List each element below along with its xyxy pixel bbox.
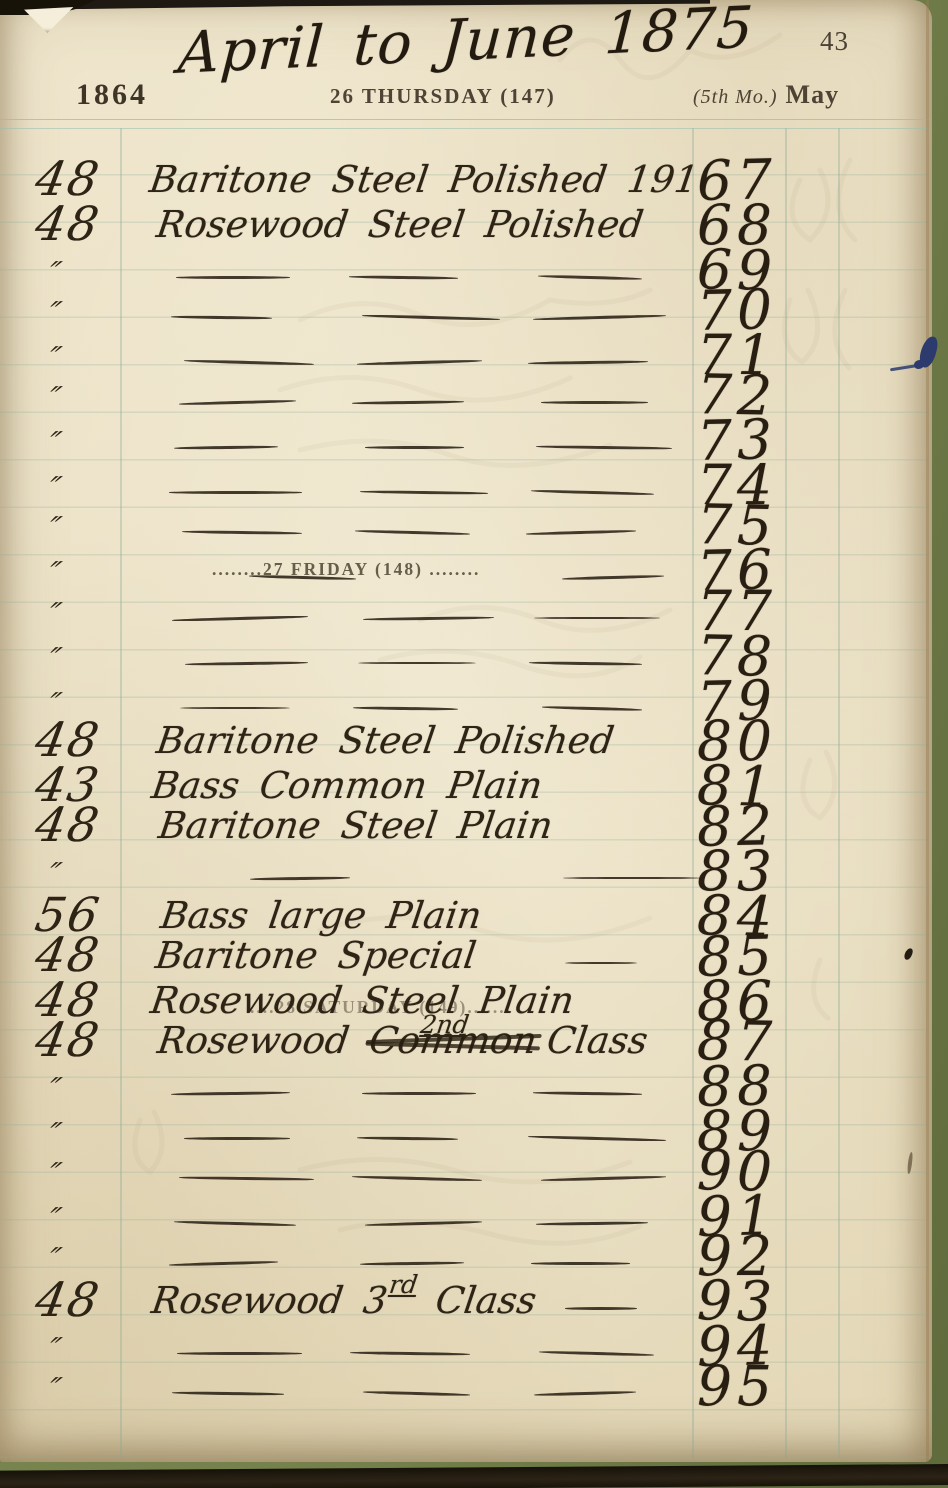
blank-dash (352, 400, 464, 404)
quantity: ″ (42, 381, 66, 416)
description: Baritone Steel Polished (154, 719, 617, 762)
blank-dash (536, 445, 672, 449)
quantity: ″ (42, 597, 66, 632)
description-text: Bass Common Plain (149, 764, 545, 807)
blank-dash (531, 490, 654, 496)
blank-dash (174, 1220, 296, 1226)
blank-dash (360, 1262, 464, 1266)
diary-scan: { "page_header": { "handwritten_title": … (0, 0, 948, 1488)
blank-dash (176, 276, 290, 279)
blank-dash (358, 662, 476, 665)
blank-dash (363, 616, 494, 620)
description-text: Baritone Steel Polished (154, 719, 617, 762)
blank-dash (179, 400, 296, 406)
blank-dash (365, 1221, 482, 1227)
blank-dash (177, 1352, 302, 1355)
blank-dash (172, 1392, 284, 1396)
quantity: ″ (42, 857, 66, 892)
blank-dash (180, 707, 290, 710)
quantity: ″ (42, 1242, 66, 1277)
ledger-page: 1864 26 THURSDAY (147) (5th Mo.)May 43 A… (0, 0, 932, 1462)
superscript-word: 2nd (419, 1010, 471, 1039)
description-text: Rosewood Steel Polished (154, 203, 646, 246)
quantity: ″ (42, 1372, 66, 1407)
binding-edge-bottom (0, 1464, 948, 1488)
blank-dash (172, 615, 308, 621)
blank-dash (536, 1221, 648, 1225)
blank-dash (249, 575, 356, 581)
description: Rosewood Steel Plain (148, 979, 577, 1022)
blank-dash (365, 446, 464, 449)
blank-dash (169, 491, 302, 494)
blank-dash (526, 530, 636, 536)
blank-dash (250, 876, 350, 880)
blank-dash (184, 1137, 290, 1140)
blank-dash (528, 1135, 666, 1141)
blank-dash (533, 1091, 642, 1095)
blank-dash (185, 661, 308, 665)
quantity: 48 (31, 1013, 105, 1068)
blank-dash (529, 661, 642, 665)
blank-dash (169, 1261, 278, 1267)
quantity: 48 (31, 1273, 105, 1328)
description: Rosewood Common2nd Class (155, 1019, 651, 1062)
description-text: Rosewood Steel Plain (148, 979, 577, 1022)
ledger-row: ″95 (0, 1362, 800, 1416)
blank-dash (355, 530, 470, 536)
blank-dash (542, 705, 642, 710)
quantity: ″ (42, 296, 66, 331)
blank-dash (362, 1092, 476, 1095)
blank-dash (541, 1175, 666, 1181)
blank-dash (350, 1352, 470, 1356)
description: Bass Common Plain (149, 764, 545, 807)
blank-dash (171, 315, 272, 319)
description-text: Rosewood (155, 1019, 373, 1062)
description-text: Bass large Plain (158, 894, 484, 937)
blank-dash (363, 1391, 470, 1397)
description-text: Class (524, 1019, 651, 1062)
blank-dash (565, 962, 637, 965)
quantity: ″ (42, 1072, 66, 1107)
blank-dash (362, 314, 500, 320)
blank-dash (531, 1262, 630, 1265)
description: Baritone Steel Plain (156, 804, 556, 847)
description-text: Rosewood 3 (149, 1279, 390, 1322)
blank-dash (565, 1307, 637, 1310)
superscript-word: rd (387, 1270, 419, 1299)
blank-dash (528, 360, 648, 364)
blank-dash (360, 490, 488, 494)
blank-dash (179, 1176, 314, 1180)
blank-dash (562, 575, 664, 580)
blank-dash (174, 446, 278, 450)
quantity: ″ (42, 511, 66, 546)
ledger-rows: 48Baritone Steel Polished 1916748Rosewoo… (0, 0, 932, 1462)
blank-dash (534, 617, 660, 620)
description: Baritone Steel Polished 191 (147, 158, 701, 201)
blank-dash (171, 1091, 290, 1095)
blank-dash (352, 1175, 482, 1181)
blank-dash (534, 1391, 636, 1396)
quantity: 48 (31, 798, 105, 853)
description: Bass large Plain (158, 894, 484, 937)
blank-dash (184, 359, 314, 365)
blank-dash (357, 359, 482, 365)
blank-dash (349, 275, 458, 279)
blank-dash (539, 1351, 654, 1357)
description: Rosewood 3rd Class (149, 1279, 539, 1322)
quantity: 48 (31, 197, 105, 252)
quantity: ″ (42, 642, 66, 677)
description-text: Baritone Steel Polished 191 (147, 158, 701, 201)
description-text: Baritone Special (153, 934, 479, 977)
quantity: ″ (42, 1157, 66, 1192)
description-text: Baritone Steel Plain (156, 804, 556, 847)
blank-dash (541, 401, 648, 404)
blank-dash (533, 314, 666, 320)
blank-dash (353, 706, 458, 710)
quantity: ″ (42, 426, 66, 461)
blank-dash (538, 275, 642, 280)
blank-dash (182, 531, 302, 535)
entry-number: 95 (697, 1354, 777, 1418)
blank-dash (563, 877, 700, 880)
description: Baritone Special (153, 934, 479, 977)
description-text: Class (412, 1279, 539, 1322)
description: Rosewood Steel Polished (154, 203, 646, 246)
blank-dash (357, 1136, 458, 1140)
